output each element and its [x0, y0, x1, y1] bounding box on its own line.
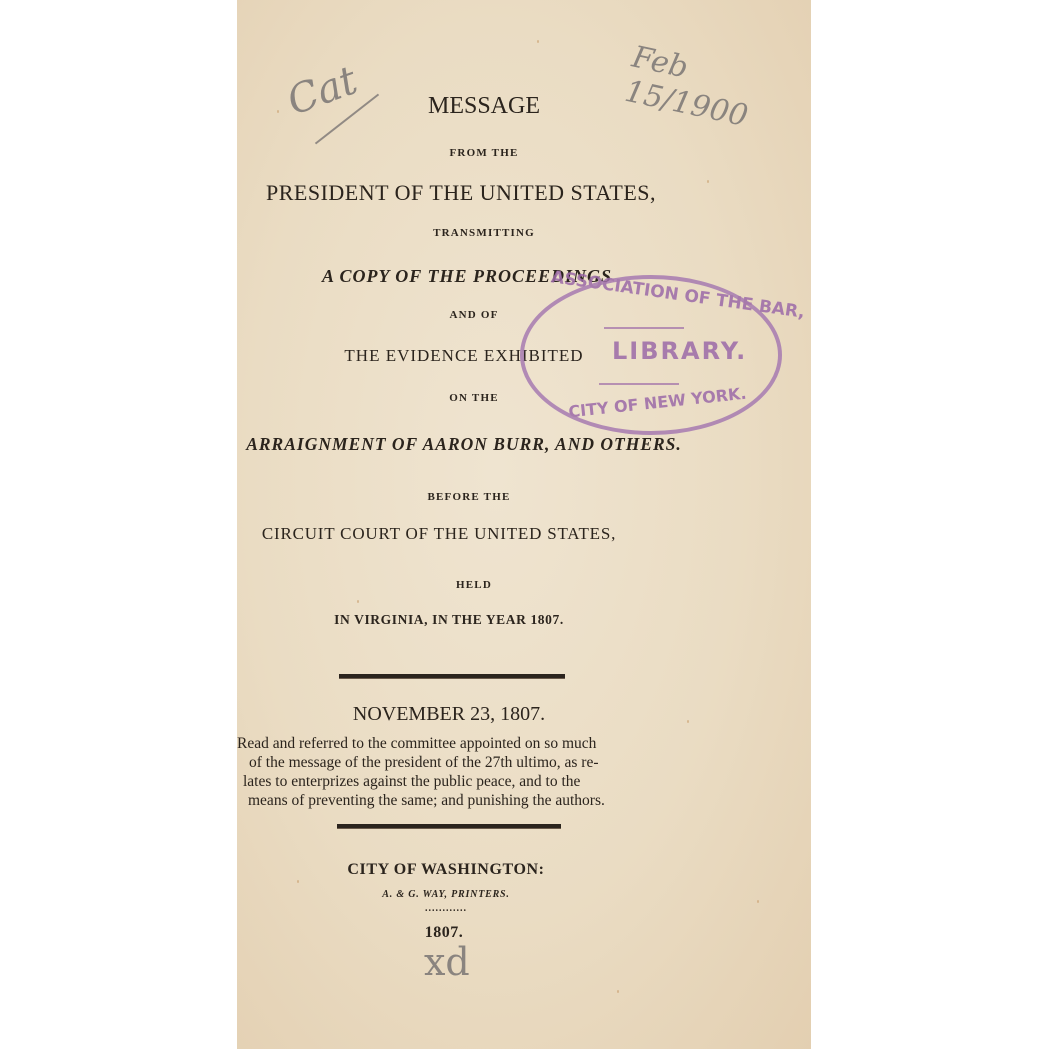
stamp-ornament [599, 383, 679, 385]
paragraph-line: lates to enterprizes against the public … [243, 772, 683, 791]
paper-speck [617, 990, 619, 993]
paper-speck [297, 880, 299, 883]
library-stamp: ASSOCIATION OF THE BAR, LIBRARY. CITY OF… [520, 275, 782, 435]
held-line: HELD [237, 579, 761, 591]
paragraph-line: Read and referred to the committee appoi… [237, 734, 677, 753]
stamp-ornament [604, 327, 684, 329]
stamp-center-text: LIBRARY. [612, 337, 747, 365]
paragraph-line: means of preventing the same; and punish… [248, 791, 688, 810]
transmitting-line: TRANSMITTING [237, 227, 771, 239]
paper-speck [537, 40, 539, 43]
paragraph-line: of the message of the president of the 2… [249, 753, 689, 772]
divider-rule [337, 824, 561, 829]
paper-speck [757, 900, 759, 903]
virginia-line: IN VIRGINIA, IN THE YEAR 1807. [237, 612, 736, 628]
paper-speck [357, 600, 359, 603]
from-line: FROM THE [237, 147, 771, 159]
court-line: CIRCUIT COURT OF THE UNITED STATES, [237, 524, 726, 544]
stamp-bottom-text: CITY OF NEW YORK. [567, 384, 747, 422]
imprint-year: 1807. [237, 924, 731, 942]
imprint-city: CITY OF WASHINGTON: [237, 861, 733, 879]
date-heading: NOVEMBER 23, 1807. [237, 703, 736, 726]
imprint-dots: ............ [237, 903, 733, 914]
doc-title: MESSAGE [237, 93, 771, 120]
title-page: Cat Feb 15/1900 MESSAGE FROM THE PRESIDE… [237, 0, 811, 1049]
pencil-annotation-xd: xd [424, 940, 470, 984]
arraignment-line: ARRAIGNMENT OF AARON BURR, AND OTHERS. [237, 434, 751, 455]
president-line: PRESIDENT OF THE UNITED STATES, [237, 180, 748, 206]
divider-rule [339, 674, 565, 679]
before-the-line: BEFORE THE [237, 491, 756, 503]
imprint-printers: A. & G. WAY, PRINTERS. [237, 889, 733, 900]
